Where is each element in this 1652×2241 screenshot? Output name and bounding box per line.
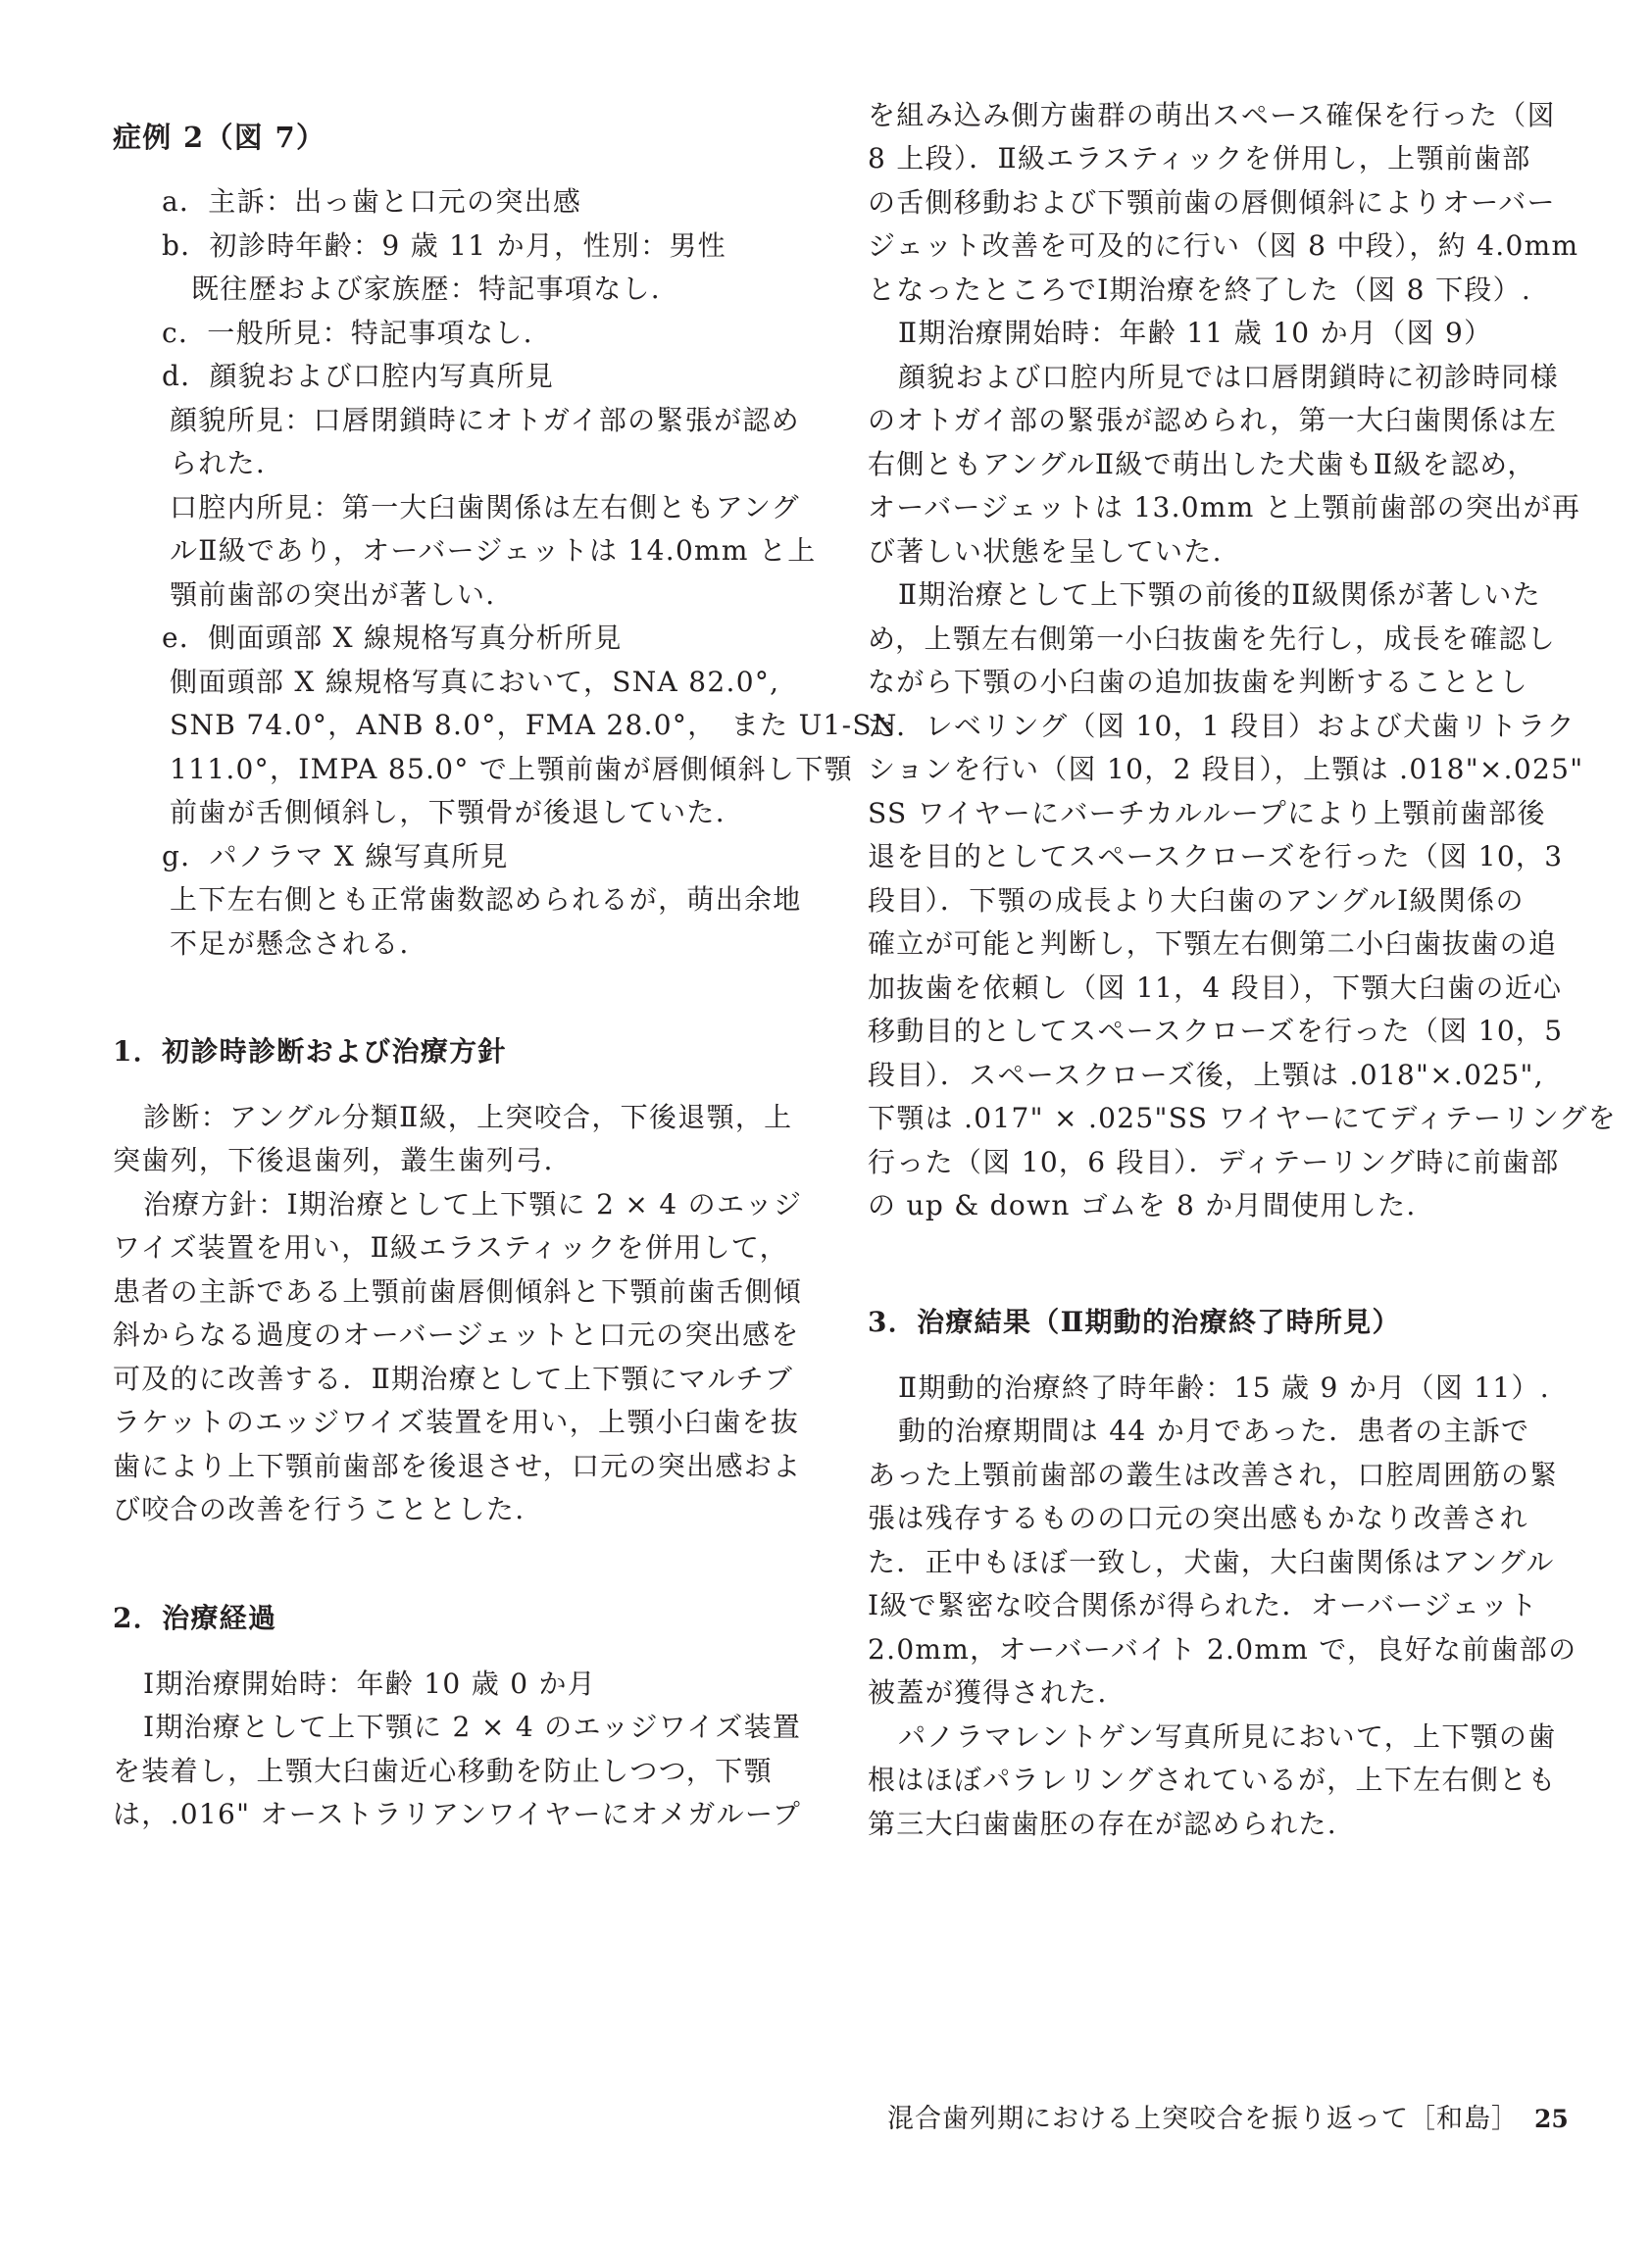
finding-d-face-cont: られた. [113,442,848,485]
finding-d-oral-cont1: ルⅡ級であり，オーバージェットは 14.0mm と上 [113,529,848,573]
section3-line: 動的治療期間は 44 か月であった．患者の主訴で [868,1410,1546,1453]
section1-line: 歯により上下顎前歯部を後退させ，口元の突出感およ [113,1445,791,1488]
section2-cont-line: め，上顎左右側第一小臼抜歯を先行し，成長を確認し [868,618,1546,661]
finding-d-oral: 口腔内所見：第一大臼歯関係は左右側ともアング [113,486,848,529]
section3-line: 張は残存するものの口元の突出感もかなり改善され [868,1497,1546,1540]
section2-cont-line: Ⅱ期治療として上下顎の前後的Ⅱ級関係が著しいた [868,573,1546,617]
section1-line: ラケットのエッジワイズ装置を用い，上顎小臼歯を抜 [113,1401,791,1444]
section2-line: Ⅰ期治療として上下顎に 2 × 4 のエッジワイズ装置 [113,1706,791,1749]
section2-cont-line: Ⅱ期治療開始時：年齢 11 歳 10 か月（図 9） [868,312,1546,355]
section2-cont-line: 下顎は .017" × .025"SS ワイヤーにてディテーリングを [868,1097,1546,1140]
section1-line: 患者の主訴である上顎前歯唇側傾斜と下顎前歯舌側傾 [113,1270,791,1314]
finding-e-detail2: SNB 74.0°，ANB 8.0°，FMA 28.0°， また U1-SN [113,704,848,747]
finding-e: e．側面頭部 X 線規格写真分析所見 [113,617,791,660]
finding-g-detail2: 不足が懸念される. [113,922,848,966]
finding-b: b．初診時年齢：9 歳 11 か月，性別：男性 [113,224,791,268]
finding-d: d．顔貌および口腔内写真所見 [113,355,791,398]
page-number: 25 [1534,2100,1569,2139]
section2-cont-line: の舌側移動および下顎前歯の唇側傾斜によりオーバー [868,181,1546,224]
finding-g: g．パノラマ X 線写真所見 [113,835,791,878]
section1-line: 可及的に改善する．Ⅱ期治療として上下顎にマルチブ [113,1358,791,1401]
section2-cont-line: ションを行い（図 10，2 段目），上顎は .018"×.025" [868,748,1546,791]
finding-b-history: 既往歴および家族歴：特記事項なし. [113,268,791,311]
section2-cont-line: ながら下顎の小臼歯の追加抜歯を判断することとし [868,661,1546,704]
section2-cont-line: 確立が可能と判断し，下顎左右側第二小臼歯抜歯の追 [868,922,1546,966]
section3-line: た．正中もほぼ一致し，犬歯，大臼歯関係はアングル [868,1541,1546,1584]
finding-d-face: 顔貌所見：口唇閉鎖時にオトガイ部の緊張が認め [113,399,791,442]
section3-line: あった上顎前歯部の叢生は改善され，口腔周囲筋の緊 [868,1454,1546,1497]
finding-e-detail1: 側面頭部 X 線規格写真において，SNA 82.0°, [113,661,848,704]
case-title: 症例 2（図 7） [113,116,791,159]
section2-cont-line: 退を目的としてスペースクローズを行った（図 10，3 [868,835,1546,878]
section1-line: 治療方針：Ⅰ期治療として上下顎に 2 × 4 のエッジ [113,1183,791,1226]
section2-line: は，.016" オーストラリアンワイヤーにオメガループ [113,1793,791,1836]
finding-e-detail4: 前歯が舌側傾斜し，下顎骨が後退していた. [113,791,848,834]
section2-heading: 2．治療経過 [113,1597,791,1640]
section3-line: 被蓋が獲得された. [868,1671,1546,1715]
section2-cont-line: 顔貌および口腔内所見では口唇閉鎖時に初診時同様 [868,356,1546,399]
section2-cont-line: SS ワイヤーにバーチカルループにより上顎前歯部後 [868,792,1546,835]
section1-line: 斜からなる過度のオーバージェットと口元の突出感を [113,1314,791,1357]
finding-a: a．主訴：出っ歯と口元の突出感 [113,180,791,224]
section1-line: 診断：アングル分類Ⅱ級，上突咬合，下後退顎，上 [113,1096,791,1139]
section2-cont-line: オーバージェットは 13.0mm と上顎前歯部の突出が再 [868,486,1546,529]
section2-cont-line: ジェット改善を可及的に行い（図 8 中段），約 4.0mm [868,224,1546,268]
section2-cont-line: た．レベリング（図 10，1 段目）および犬歯リトラク [868,705,1546,748]
section2-line: Ⅰ期治療開始時：年齢 10 歳 0 か月 [113,1663,791,1706]
finding-d-oral-cont2: 顎前歯部の突出が著しい. [113,573,848,617]
section2-cont-line: 段目）．スペースクローズ後，上顎は .018"×.025", [868,1054,1546,1097]
section2-cont-line: 右側ともアングルⅡ級で萌出した犬歯もⅡ級を認め， [868,443,1546,486]
section2-cont-line: となったところでⅠ期治療を終了した（図 8 下段）. [868,269,1546,312]
section3-heading: 3．治療結果（Ⅱ期動的治療終了時所見） [868,1301,1546,1344]
section3-line: 2.0mm，オーバーバイト 2.0mm で，良好な前歯部の [868,1628,1546,1671]
section3-line: 第三大臼歯歯胚の存在が認められた. [868,1803,1546,1846]
section2-cont-line: 段目）．下顎の成長より大臼歯のアングルⅠ級関係の [868,879,1546,922]
section1-heading: 1．初診時診断および治療方針 [113,1030,791,1073]
section2-cont-line: のオトガイ部の緊張が認められ，第一大臼歯関係は左 [868,399,1546,442]
section2-line: を装着し，上顎大臼歯近心移動を防止しつつ，下顎 [113,1750,791,1793]
section3-line: Ⅱ期動的治療終了時年齢：15 歳 9 か月（図 11）. [868,1367,1546,1410]
section1-line: 突歯列，下後退歯列，叢生歯列弓. [113,1139,791,1182]
section3-line: Ⅰ級で緊密な咬合関係が得られた．オーバージェット [868,1584,1546,1627]
running-title: 混合歯列期における上突咬合を振り返って［和島］ [887,2100,1519,2139]
section3-line: 根はほぼパラレリングされているが，上下左右側とも [868,1759,1546,1802]
section2-cont-line: を組み込み側方歯群の萌出スペース確保を行った（図 [868,94,1546,137]
section1-line: ワイズ装置を用い，Ⅱ級エラスティックを併用して， [113,1226,791,1270]
section2-cont-line: び著しい状態を呈していた. [868,530,1546,573]
section2-cont-line: 行った（図 10，6 段目）．ディテーリング時に前歯部 [868,1141,1546,1184]
section3-line: パノラマレントゲン写真所見において，上下顎の歯 [868,1716,1546,1759]
finding-g-detail1: 上下左右側とも正常歯数認められるが，萌出余地 [113,878,848,921]
section1-line: び咬合の改善を行うこととした. [113,1488,791,1531]
section2-cont-line: 移動目的としてスペースクローズを行った（図 10，5 [868,1010,1546,1053]
section2-cont-line: 8 上段）．Ⅱ級エラスティックを併用し，上顎前歯部 [868,137,1546,180]
finding-e-detail3: 111.0°，IMPA 85.0° で上顎前歯が唇側傾斜し下顎 [113,748,848,791]
section2-cont-line: の up & down ゴムを 8 か月間使用した. [868,1184,1546,1227]
finding-c: c．一般所見：特記事項なし. [113,312,791,355]
section2-cont-line: 加抜歯を依頼し（図 11，4 段目），下顎大臼歯の近心 [868,967,1546,1010]
